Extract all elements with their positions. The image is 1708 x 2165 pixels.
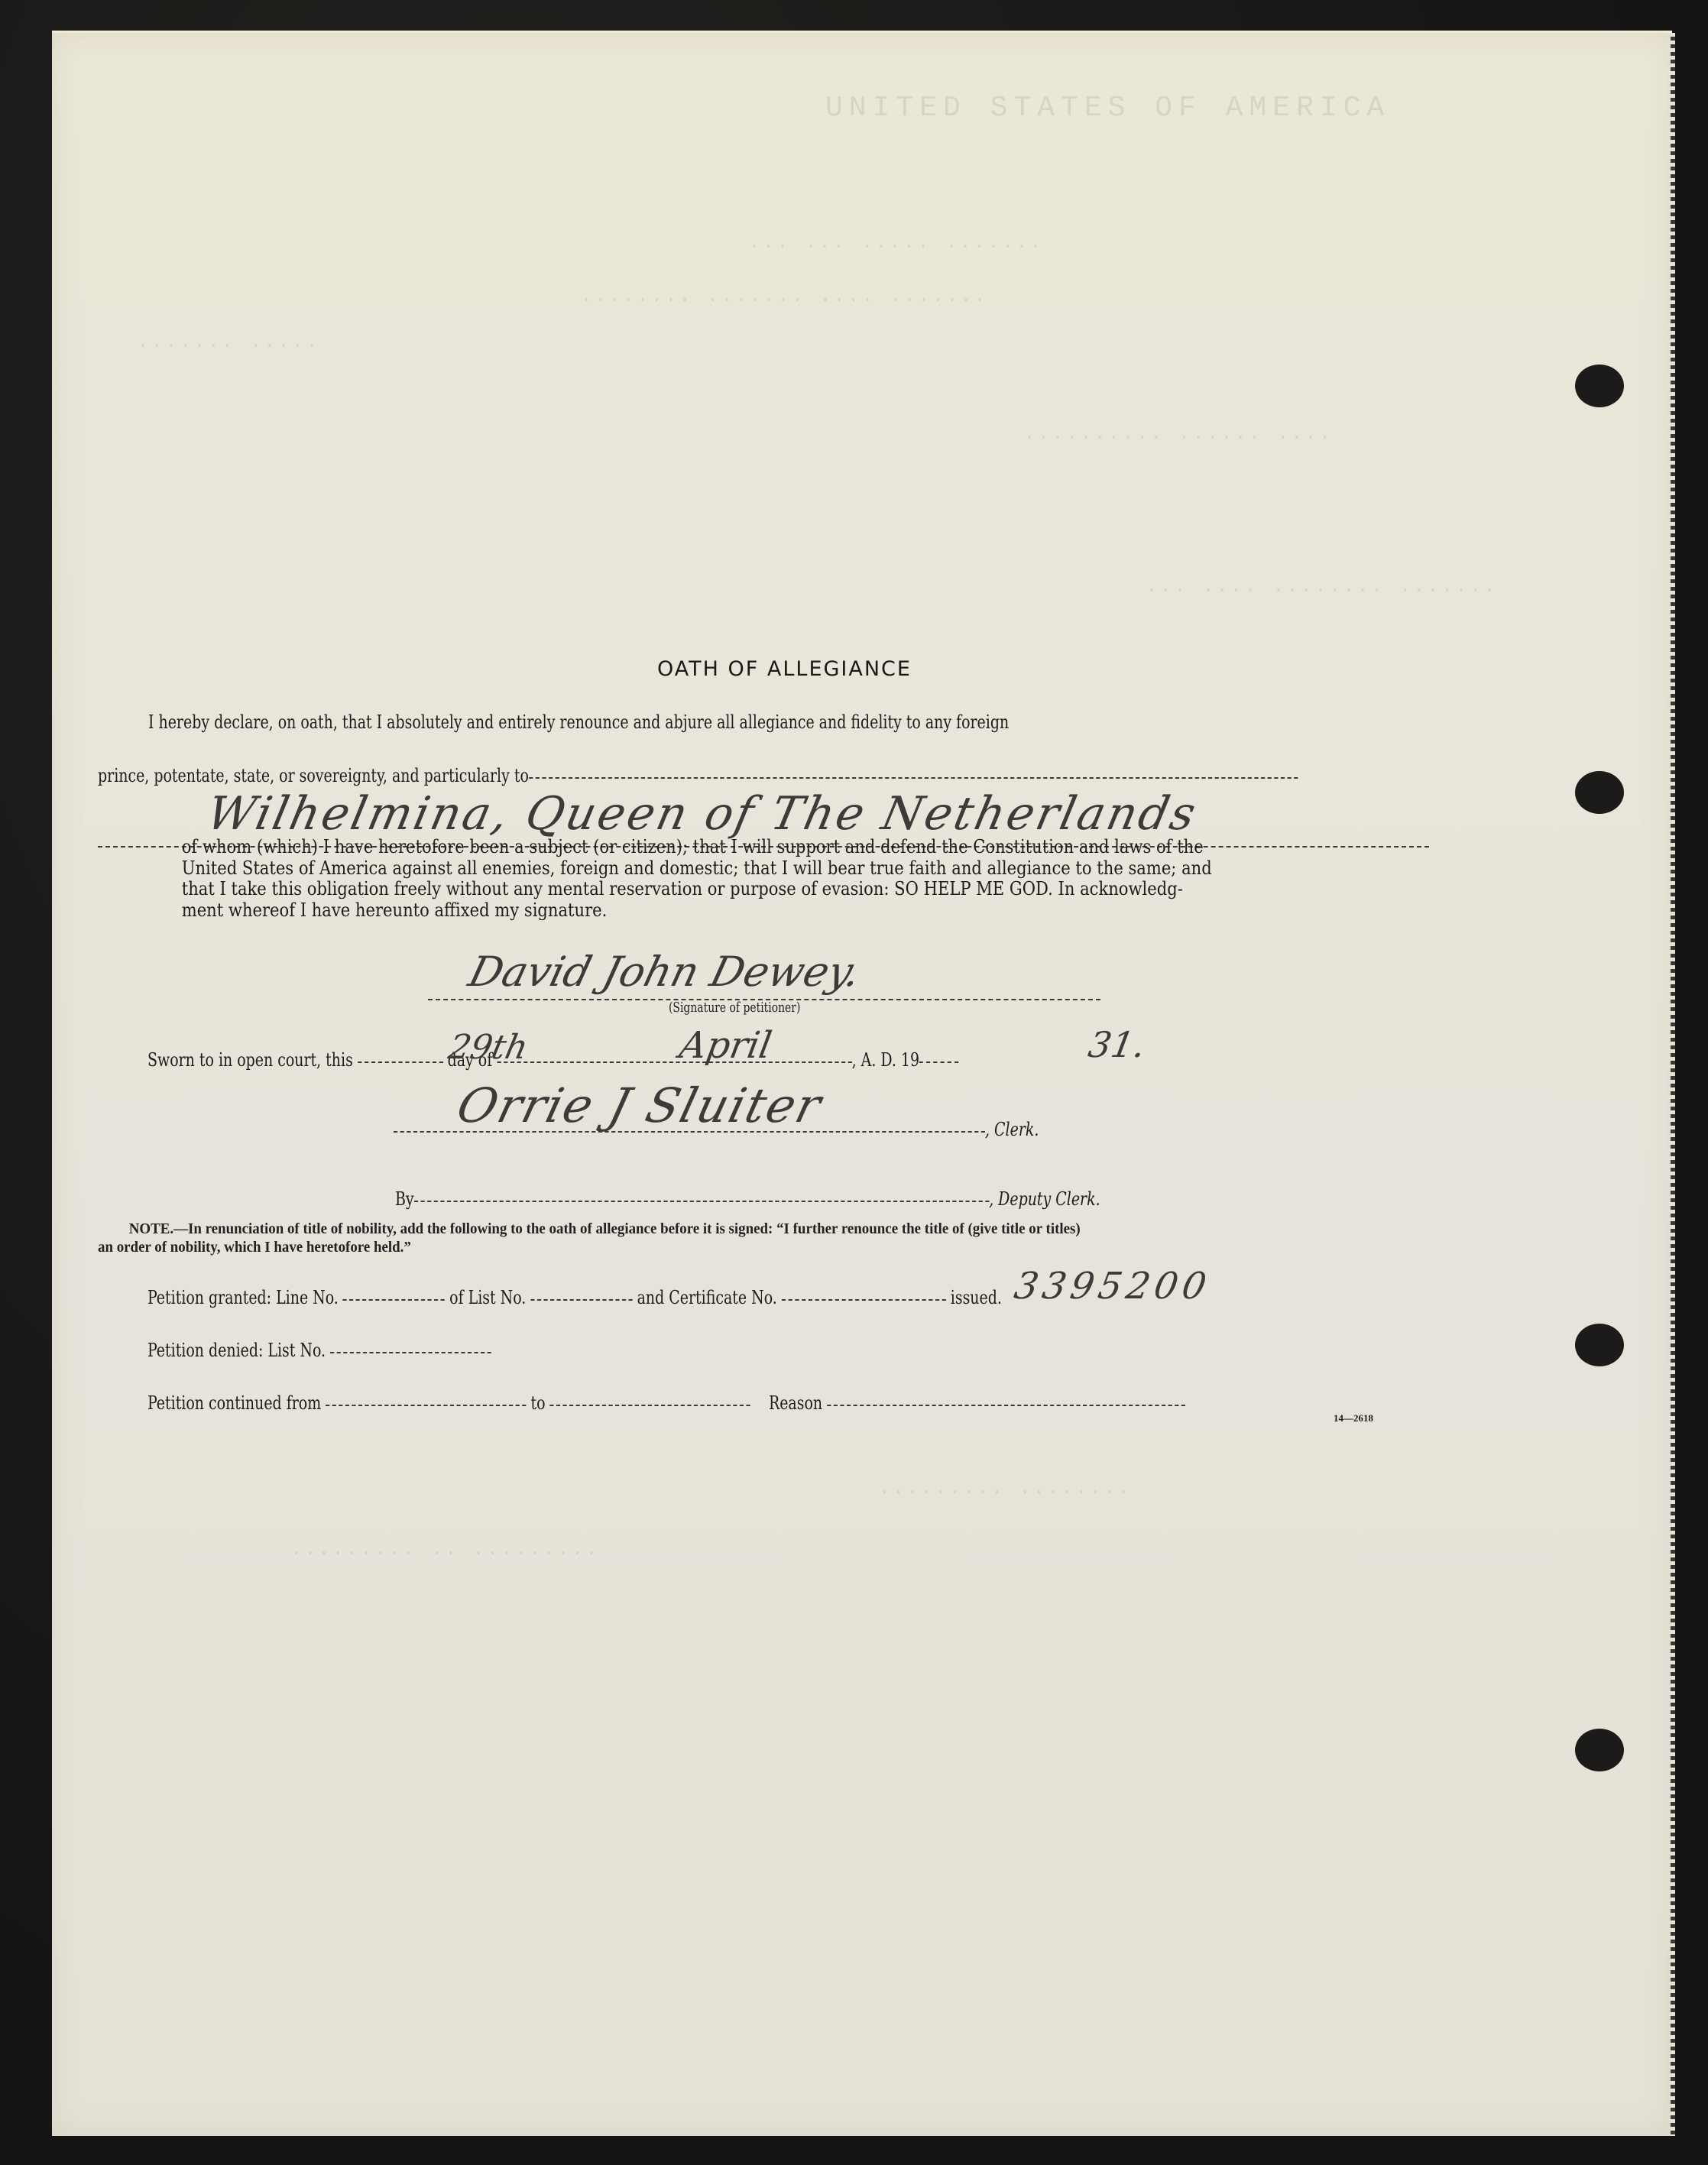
- day-field[interactable]: [358, 1061, 443, 1063]
- show-through-text: ········· ········: [879, 1483, 1132, 1503]
- signature-caption-text: (Signature of petitioner): [669, 1000, 800, 1016]
- continued-to-field[interactable]: [550, 1405, 750, 1406]
- list-no-field[interactable]: [530, 1299, 632, 1301]
- day-handwritten: 29th: [446, 1028, 532, 1067]
- continued-to-label: to: [531, 1392, 546, 1414]
- deputy-clerk-line: By, Deputy Clerk.: [395, 1188, 1100, 1210]
- punch-hole: [1575, 771, 1624, 814]
- denied-list-no-field[interactable]: [330, 1352, 491, 1353]
- clerk-signature-field[interactable]: [394, 1131, 985, 1133]
- petition-continued-row: Petition continued from to Reason: [147, 1392, 1185, 1414]
- certificate-label: and Certificate No.: [637, 1286, 777, 1308]
- show-through-text: ··· ···· ········ ·······: [1146, 581, 1498, 601]
- oath-intro-line-1: I hereby declare, on oath, that I absolu…: [148, 711, 1476, 733]
- granted-line-no-label: Petition granted: Line No.: [147, 1286, 339, 1308]
- petition-denied-row: Petition denied: List No.: [147, 1339, 491, 1361]
- continued-from-label: Petition continued from: [147, 1392, 321, 1414]
- certificate-no-field[interactable]: [782, 1299, 946, 1301]
- punch-hole: [1575, 365, 1624, 407]
- title-text: OATH OF ALLEGIANCE: [657, 657, 912, 681]
- year-field[interactable]: [919, 1061, 959, 1063]
- oath-body-line: United States of America against all ene…: [182, 857, 1212, 879]
- nobility-note: NOTE.—In renunciation of title of nobili…: [98, 1220, 1388, 1257]
- oath-intro-line-2: prince, potentate, state, or sovereignty…: [98, 764, 1298, 786]
- intro-text-1: I hereby declare, on oath, that I absolu…: [148, 711, 1009, 733]
- oath-body-line: ment whereof I have hereunto affixed my …: [182, 899, 1212, 921]
- line-no-field[interactable]: [343, 1299, 445, 1301]
- deputy-clerk-label: , Deputy Clerk.: [989, 1188, 1100, 1210]
- form-number: 14—2618: [1334, 1412, 1373, 1424]
- month-field[interactable]: [497, 1061, 851, 1063]
- continued-from-field[interactable]: [326, 1405, 526, 1406]
- issued-label: issued.: [951, 1286, 1002, 1308]
- by-label: By: [395, 1188, 414, 1210]
- clerk-label: , Clerk.: [985, 1118, 1039, 1140]
- deputy-clerk-field[interactable]: [414, 1201, 990, 1202]
- intro-text-2: prince, potentate, state, or sovereignty…: [98, 764, 529, 786]
- note-line-1: NOTE.—In renunciation of title of nobili…: [98, 1220, 1388, 1239]
- show-through-text: UNITED STATES OF AMERICA: [825, 92, 1390, 125]
- show-through-text: ·········· ······ ····: [1024, 428, 1334, 449]
- year-handwritten: 31.: [1085, 1024, 1149, 1065]
- perforated-edge: [1671, 33, 1675, 2136]
- clerk-line: , Clerk.: [394, 1118, 1039, 1140]
- oath-body: of whom (which) I have heretofore been a…: [182, 836, 1212, 920]
- reason-label: Reason: [769, 1392, 822, 1414]
- certificate-number-handwritten: 3395200: [1011, 1265, 1214, 1308]
- sovereign-field-line-1: [529, 777, 1298, 779]
- document-title: OATH OF ALLEGIANCE: [52, 657, 1708, 681]
- show-through-text: ········· ·· ·········: [290, 1544, 600, 1564]
- oath-body-line: of whom (which) I have heretofore been a…: [182, 836, 1212, 857]
- reason-field[interactable]: [827, 1405, 1185, 1406]
- month-handwritten: April: [676, 1024, 775, 1067]
- note-line-2: an order of nobility, which I have heret…: [98, 1239, 1388, 1257]
- petition-granted-row: Petition granted: Line No. of List No. a…: [147, 1286, 1002, 1308]
- sworn-prefix: Sworn to in open court, this: [147, 1048, 353, 1071]
- show-through-text: ··· ··· ····· ·······: [749, 237, 1044, 258]
- show-through-text: ······· ·····: [138, 336, 320, 357]
- signature-caption: (Signature of petitioner): [669, 1000, 800, 1016]
- ad-label: , A. D. 19: [852, 1048, 919, 1071]
- show-through-text: ········ ······· ···· ·······: [581, 290, 989, 311]
- of-list-label: of List No.: [449, 1286, 526, 1308]
- denied-list-label: Petition denied: List No.: [147, 1339, 326, 1361]
- punch-hole: [1575, 1729, 1624, 1771]
- punch-hole: [1575, 1324, 1624, 1366]
- oath-body-line: that I take this obligation freely witho…: [182, 878, 1212, 899]
- sovereign-handwritten[interactable]: Wilhelmina, Queen of The Netherlands: [203, 787, 1203, 841]
- sworn-line: Sworn to in open court, this day of , A.…: [147, 1048, 959, 1071]
